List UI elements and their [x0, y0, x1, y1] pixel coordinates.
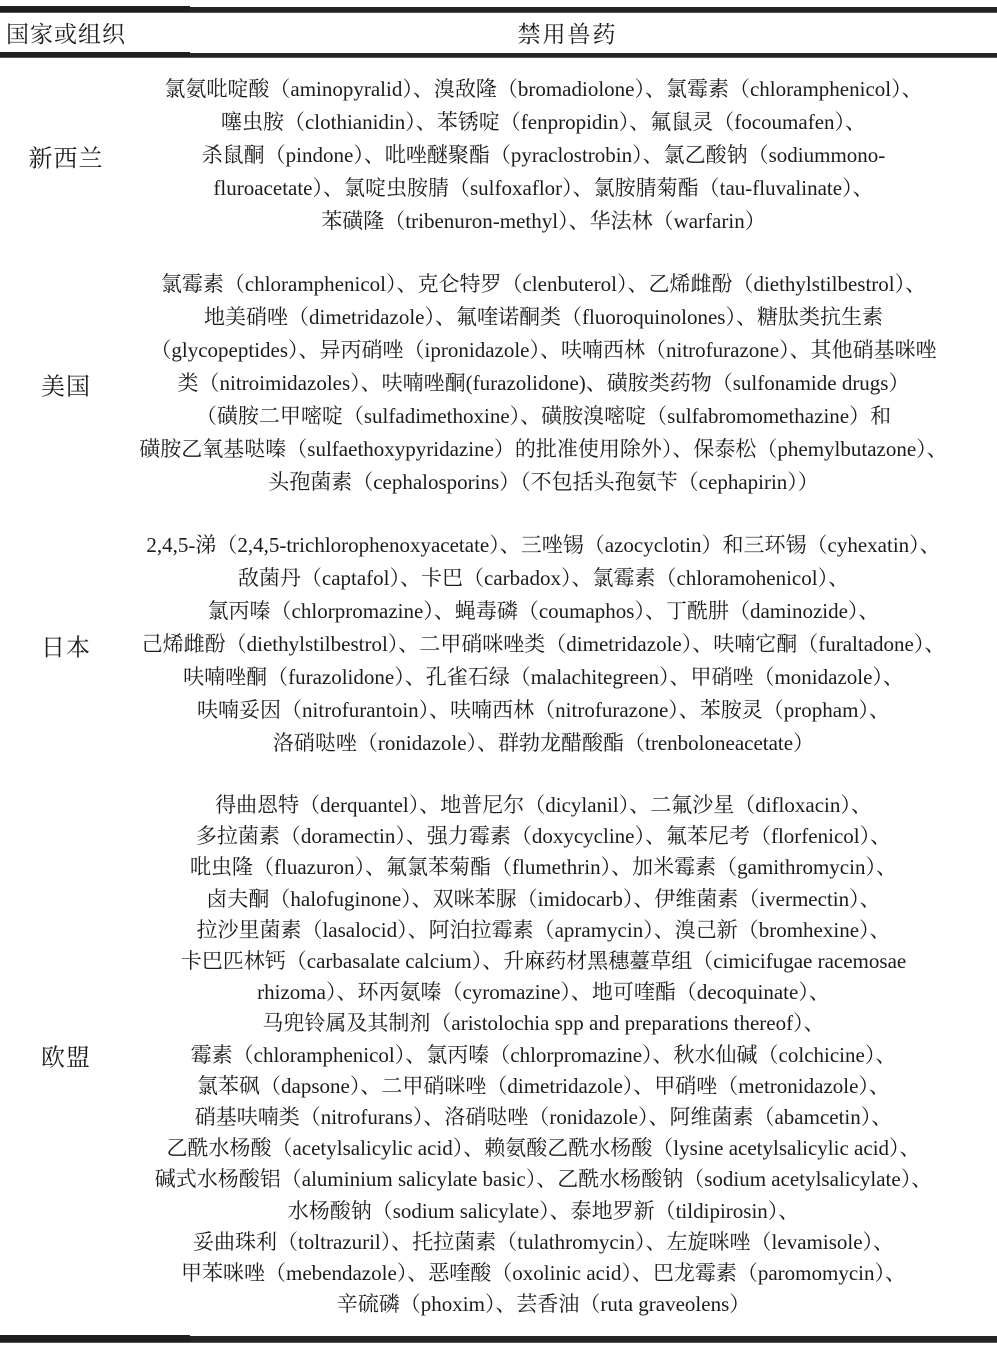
- table-row: 新西兰氯氨吡啶酸（aminopyralid）、溴敌隆（bromadiolone）…: [0, 58, 997, 253]
- drug-line: 妥曲珠利（toltrazuril）、托拉菌素（tulathromycin）、左旋…: [98, 1227, 989, 1258]
- drug-line: rhizoma）、环丙氨嗪（cyromazine）、地可喹酯（decoquina…: [98, 977, 989, 1008]
- drug-line: 氯丙嗪（chlorpromazine）、蝇毒磷（coumaphos）、丁酰肼（d…: [98, 595, 989, 628]
- banned-drugs-cell: 氯霉素（chloramphenicol）、克仑特罗（clenbuterol）、乙…: [98, 268, 989, 499]
- table-row: 欧盟得曲恩特（derquantel）、地普尼尔（dicylanil）、二氟沙星（…: [0, 775, 997, 1335]
- drug-line: 呋喃唑酮（furazolidone）、孔雀石绿（malachitegreen）、…: [98, 661, 989, 694]
- table-header-row: 国家或组织 禁用兽药: [0, 13, 997, 52]
- drug-line: 头孢菌素（cephalosporins）（不包括头孢氨苄（cephapirin）…: [98, 466, 989, 499]
- drug-line: 马兜铃属及其制剂（aristolochia spp and preparatio…: [98, 1008, 989, 1039]
- header-banned-drugs-column: 禁用兽药: [138, 16, 997, 49]
- drug-line: 硝基呋喃类（nitrofurans）、洛硝哒唑（ronidazole）、阿维菌素…: [98, 1102, 989, 1133]
- drug-line: 多拉菌素（doramectin）、强力霉素（doxycycline）、氟苯尼考（…: [98, 821, 989, 852]
- drug-line: 苯磺隆（tribenuron-methyl）、华法林（warfarin）: [98, 205, 989, 238]
- drug-line: 甲苯咪唑（mebendazole）、恶喹酸（oxolinic acid）、巴龙霉…: [98, 1258, 989, 1289]
- rule-segment-right: [190, 1336, 997, 1343]
- drug-line: 敌菌丹（captafol）、卡巴（carbadox）、氯霉素（chloramoh…: [98, 562, 989, 595]
- drug-line: 卤夫酮（halofuginone）、双咪苯脲（imidocarb）、伊维菌素（i…: [98, 884, 989, 915]
- drug-line: 碱式水杨酸铝（aluminium salicylate basic）、乙酰水杨酸…: [98, 1164, 989, 1195]
- drug-line: 氯霉素（chloramphenicol）、克仑特罗（clenbuterol）、乙…: [98, 268, 989, 301]
- table-row: 美国氯霉素（chloramphenicol）、克仑特罗（clenbuterol）…: [0, 253, 997, 514]
- drug-line: 己烯雌酚（diethylstilbestrol）、二甲硝咪唑类（dimetrid…: [98, 628, 989, 661]
- drug-line: （glycopeptides）、异丙硝唑（ipronidazole）、呋喃西林（…: [98, 334, 989, 367]
- table-row: 日本2,4,5-涕（2,4,5-trichlorophenoxyacetate）…: [0, 514, 997, 775]
- drug-line: 氯氨吡啶酸（aminopyralid）、溴敌隆（bromadiolone）、氯霉…: [98, 73, 989, 106]
- drug-line: 得曲恩特（derquantel）、地普尼尔（dicylanil）、二氟沙星（di…: [98, 790, 989, 821]
- drug-line: 辛硫磷（phoxim）、芸香油（ruta graveolens）: [98, 1289, 989, 1320]
- banned-drugs-cell: 2,4,5-涕（2,4,5-trichlorophenoxyacetate）、三…: [98, 529, 989, 760]
- drug-line: 类（nitroimidazoles）、呋喃唑酮(furazolidone)、磺胺…: [98, 367, 989, 400]
- drug-line: 2,4,5-涕（2,4,5-trichlorophenoxyacetate）、三…: [98, 529, 989, 562]
- banned-drugs-cell: 得曲恩特（derquantel）、地普尼尔（dicylanil）、二氟沙星（di…: [98, 790, 989, 1320]
- header-country-column: 国家或组织: [0, 16, 138, 49]
- country-cell: 新西兰: [0, 138, 132, 173]
- rule-segment-left: [0, 1335, 190, 1343]
- drug-line: 乙酰水杨酸（acetylsalicylic acid）、赖氨酸乙酰水杨酸（lys…: [98, 1133, 989, 1164]
- drug-line: fluroacetate）、氯啶虫胺腈（sulfoxaflor）、氯胺腈菊酯（t…: [98, 172, 989, 205]
- document-page: 国家或组织 禁用兽药 新西兰氯氨吡啶酸（aminopyralid）、溴敌隆（br…: [0, 0, 997, 1360]
- rule-segment-left: [0, 6, 190, 13]
- rule-segment-right: [190, 7, 997, 13]
- drug-line: 洛硝哒唑（ronidazole）、群勃龙醋酸酯（trenboloneacetat…: [98, 727, 989, 760]
- country-cell: 美国: [0, 366, 132, 401]
- drug-line: 磺胺乙氧基哒嗪（sulfaethoxypyridazine）的批准使用除外）、保…: [98, 433, 989, 466]
- drug-line: 噻虫胺（clothianidin）、苯锈啶（fenpropidin）、氟鼠灵（f…: [98, 106, 989, 139]
- drug-line: 呋喃妥因（nitrofurantoin）、呋喃西林（nitrofurazone）…: [98, 694, 989, 727]
- drug-line: 杀鼠酮（pindone）、吡唑醚聚酯（pyraclostrobin）、氯乙酸钠（…: [98, 139, 989, 172]
- table-body: 新西兰氯氨吡啶酸（aminopyralid）、溴敌隆（bromadiolone）…: [0, 58, 997, 1335]
- drug-line: 氯苯砜（dapsone）、二甲硝咪唑（dimetridazole）、甲硝唑（me…: [98, 1071, 989, 1102]
- country-cell: 日本: [0, 627, 132, 662]
- drug-line: 水杨酸钠（sodium salicylate）、泰地罗新（tildipirosi…: [98, 1196, 989, 1227]
- drug-line: 吡虫隆（fluazuron）、氟氯苯菊酯（flumethrin）、加米霉素（ga…: [98, 852, 989, 883]
- country-cell: 欧盟: [0, 1038, 132, 1073]
- drug-line: 卡巴匹林钙（carbasalate calcium）、升麻药材黑穗薹草组（cim…: [98, 946, 989, 977]
- drug-line: （磺胺二甲嘧啶（sulfadimethoxine）、磺胺溴嘧啶（sulfabro…: [98, 400, 989, 433]
- drug-line: 拉沙里菌素（lasalocid）、阿泊拉霉素（apramycin）、溴己新（br…: [98, 915, 989, 946]
- banned-drugs-cell: 氯氨吡啶酸（aminopyralid）、溴敌隆（bromadiolone）、氯霉…: [98, 73, 989, 238]
- table-top-rule: [0, 6, 997, 13]
- drug-line: 地美硝唑（dimetridazole）、氟喹诺酮类（fluoroquinolon…: [98, 301, 989, 334]
- table-bottom-rule: [0, 1335, 997, 1343]
- drug-line: 霉素（chloramphenicol）、氯丙嗪（chlorpromazine）、…: [98, 1040, 989, 1071]
